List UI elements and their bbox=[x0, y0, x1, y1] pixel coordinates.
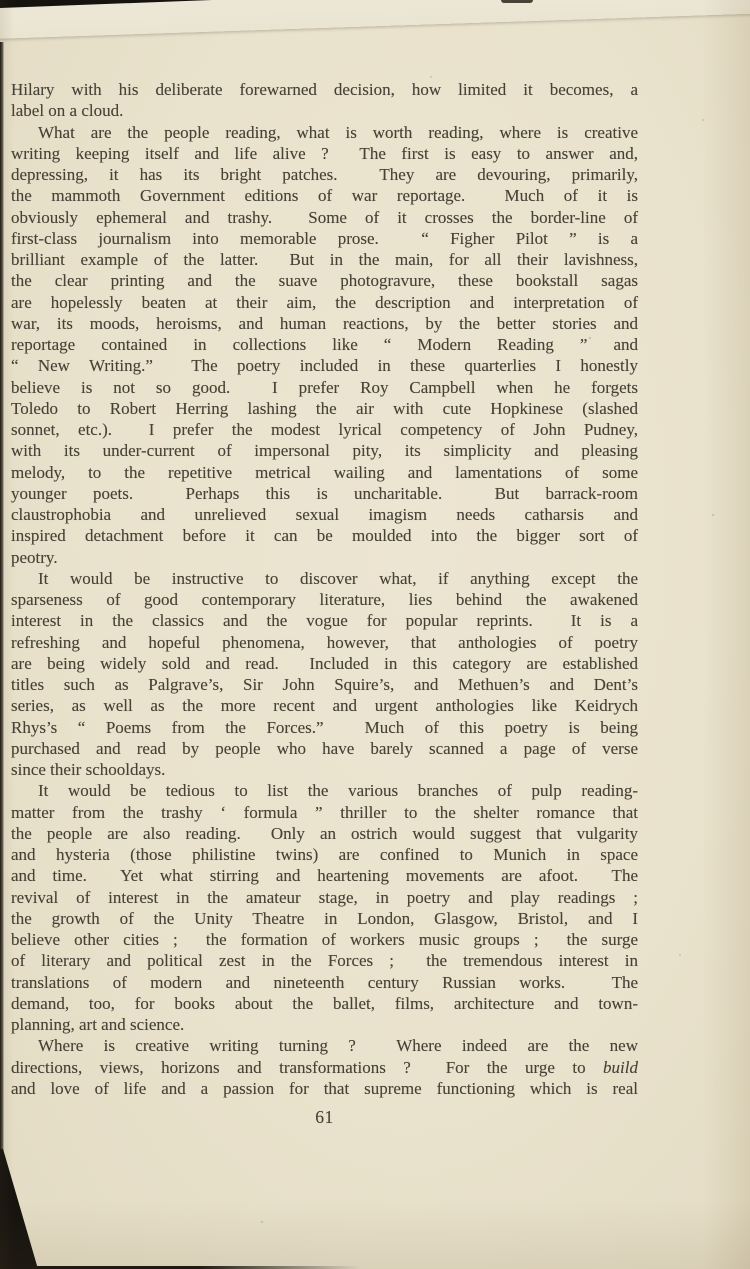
text-line: obviously ephemeral and trashy. Some of … bbox=[11, 207, 638, 228]
text-line: It would be instructive to discover what… bbox=[11, 568, 638, 589]
text-line: and hysteria (those philistine twins) ar… bbox=[11, 844, 638, 865]
text-line: Toledo to Robert Herring lashing the air… bbox=[11, 398, 638, 419]
text-line: planning, art and science. bbox=[11, 1014, 638, 1035]
text-line: refreshing and hopeful phenomena, howeve… bbox=[11, 632, 638, 653]
text-line: inspired detachment before it can be mou… bbox=[11, 525, 638, 546]
page-number: 61 bbox=[11, 1107, 638, 1128]
text-line: the growth of the Unity Theatre in Londo… bbox=[11, 908, 638, 929]
scan-edge-left bbox=[0, 42, 4, 1269]
text-line: purchased and read by people who have ba… bbox=[11, 738, 638, 759]
text-line: claustrophobia and unrelieved sexual ima… bbox=[11, 504, 638, 525]
text-line: Where is creative writing turning ? Wher… bbox=[11, 1035, 638, 1056]
text-line: the people are also reading. Only an ost… bbox=[11, 823, 638, 844]
text-line: What are the people reading, what is wor… bbox=[11, 122, 638, 143]
text-line: peotry. bbox=[11, 547, 638, 568]
text-line: Hilary with his deliberate forewarned de… bbox=[11, 79, 638, 100]
text-line: Rhys’s “ Poems from the Forces.” Much of… bbox=[11, 717, 638, 738]
text-line: sonnet, etc.). I prefer the modest lyric… bbox=[11, 419, 638, 440]
text-line: demand, too, for books about the ballet,… bbox=[11, 993, 638, 1014]
text-line: war, its moods, heroisms, and human reac… bbox=[11, 313, 638, 334]
text-line: It would be tedious to list the various … bbox=[11, 780, 638, 801]
text-line: since their schooldays. bbox=[11, 759, 638, 780]
text-line: melody, to the repetitive metrical waili… bbox=[11, 462, 638, 483]
book-page: Hilary with his deliberate forewarned de… bbox=[0, 0, 750, 1269]
text-line: series, as well as the more recent and u… bbox=[11, 695, 638, 716]
scan-edge-bottom-left bbox=[0, 1149, 38, 1269]
text-line: with its under-current of impersonal pit… bbox=[11, 440, 638, 461]
text-line: sparseness of good contemporary literatu… bbox=[11, 589, 638, 610]
text-line: depressing, it has its bright patches. T… bbox=[11, 164, 638, 185]
text-line: directions, views, horizons and transfor… bbox=[11, 1057, 638, 1078]
text-line: interest in the classics and the vogue f… bbox=[11, 610, 638, 631]
text-line: younger poets. Perhaps this is uncharita… bbox=[11, 483, 638, 504]
text-block: Hilary with his deliberate forewarned de… bbox=[11, 79, 638, 1099]
text-line: are hopelessly beaten at their aim, the … bbox=[11, 292, 638, 313]
text-line: revival of interest in the amateur stage… bbox=[11, 887, 638, 908]
text-line: and time. Yet what stirring and hearteni… bbox=[11, 865, 638, 886]
text-line: label on a cloud. bbox=[11, 100, 638, 121]
text-line: writing keeping itself and life alive ? … bbox=[11, 143, 638, 164]
text-line: brilliant example of the latter. But in … bbox=[11, 249, 638, 270]
text-line: the clear printing and the suave photogr… bbox=[11, 270, 638, 291]
text-line: believe is not so good. I prefer Roy Cam… bbox=[11, 377, 638, 398]
text-line: and love of life and a passion for that … bbox=[11, 1078, 638, 1099]
text-line: titles such as Palgrave’s, Sir John Squi… bbox=[11, 674, 638, 695]
text-line: are being widely sold and read. Included… bbox=[11, 653, 638, 674]
text-line: first-class journalism into memorable pr… bbox=[11, 228, 638, 249]
text-line: of literary and political zest in the Fo… bbox=[11, 950, 638, 971]
text-line: matter from the trashy ‘ formula ” thril… bbox=[11, 802, 638, 823]
text-line: reportage contained in collections like … bbox=[11, 334, 638, 355]
text-line: “ New Writing.” The poetry included in t… bbox=[11, 355, 638, 376]
page-crease bbox=[0, 0, 750, 39]
scan-mark-top bbox=[501, 0, 533, 3]
text-line: believe other cities ; the formation of … bbox=[11, 929, 638, 950]
text-line: the mammoth Government editions of war r… bbox=[11, 185, 638, 206]
text-line: translations of modern and nineteenth ce… bbox=[11, 972, 638, 993]
